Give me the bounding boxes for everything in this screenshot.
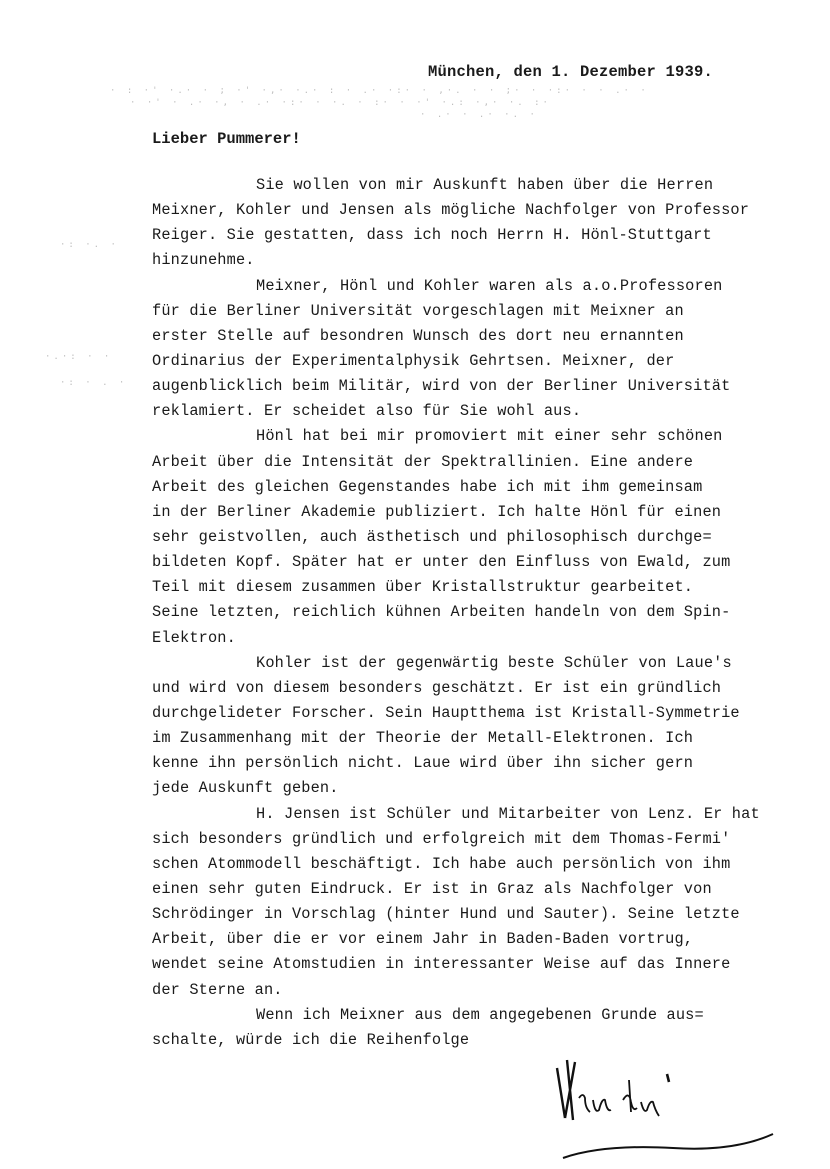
letter-line: sehr geistvollen, auch ästhetisch und ph… [152, 525, 812, 550]
letter-salutation: Lieber Pummerer! [152, 130, 301, 148]
letter-page: München, den 1. Dezember 1939. · : ·' ·.… [0, 0, 830, 1169]
letter-line: Arbeit, über die er vor einem Jahr in Ba… [152, 927, 812, 952]
letter-dateline: München, den 1. Dezember 1939. [428, 63, 713, 81]
letter-line: Elektron. [152, 626, 812, 651]
letter-line: Ordinarius der Experimentalphysik Gehrts… [152, 349, 812, 374]
letter-line: Wenn ich Meixner aus dem angegebenen Gru… [152, 1003, 812, 1028]
letter-line: durchgelideter Forscher. Sein Hauptthema… [152, 701, 812, 726]
letter-line: Schrödinger in Vorschlag (hinter Hund un… [152, 902, 812, 927]
letter-line: Meixner, Kohler und Jensen als mögliche … [152, 198, 812, 223]
letter-line: für die Berliner Universität vorgeschlag… [152, 299, 812, 324]
letter-line: in der Berliner Akademie publiziert. Ich… [152, 500, 812, 525]
letter-line: Seine letzten, reichlich kühnen Arbeiten… [152, 600, 812, 625]
bleed-through-noise: · : ·' ·.· · ; ·' ·,· ·.· : · .· ·:· · ,… [110, 86, 649, 96]
bleed-through-noise: ·.·: · · [45, 352, 112, 362]
letter-line: H. Jensen ist Schüler und Mitarbeiter vo… [152, 802, 812, 827]
letter-line: Meixner, Hönl und Kohler waren als a.o.P… [152, 274, 812, 299]
letter-line: hinzunehme. [152, 248, 812, 273]
letter-line: Teil mit diesem zusammen über Kristallst… [152, 575, 812, 600]
letter-line: Arbeit über die Intensität der Spektrall… [152, 450, 812, 475]
letter-line: Kohler ist der gegenwärtig beste Schüler… [152, 651, 812, 676]
letter-line: bildeten Kopf. Später hat er unter den E… [152, 550, 812, 575]
letter-line: erster Stelle auf besondren Wunsch des d… [152, 324, 812, 349]
letter-line: wendet seine Atomstudien in interessante… [152, 952, 812, 977]
letter-line: im Zusammenhang mit der Theorie der Meta… [152, 726, 812, 751]
letter-line: einen sehr guten Eindruck. Er ist in Gra… [152, 877, 812, 902]
handwritten-signature [545, 1050, 785, 1160]
letter-line: augenblicklich beim Militär, wird von de… [152, 374, 812, 399]
letter-line: Sie wollen von mir Auskunft haben über d… [152, 173, 812, 198]
letter-line: schen Atommodell beschäftigt. Ich habe a… [152, 852, 812, 877]
bleed-through-noise: ·: · . · [60, 378, 127, 388]
letter-line: Hönl hat bei mir promoviert mit einer se… [152, 424, 812, 449]
bleed-through-noise: · ·' · .· ·, · .· ·:· · ·. · :· · ·' ·.:… [130, 98, 551, 108]
letter-line: der Sterne an. [152, 978, 812, 1003]
letter-line: kenne ihn persönlich nicht. Laue wird üb… [152, 751, 812, 776]
bleed-through-noise: ·: ·. · [60, 240, 119, 250]
letter-line: jede Auskunft geben. [152, 776, 812, 801]
bleed-through-noise: · .· · .· ·. · [420, 110, 538, 120]
letter-line: sich besonders gründlich und erfolgreich… [152, 827, 812, 852]
letter-line: reklamiert. Er scheidet also für Sie woh… [152, 399, 812, 424]
letter-body: Sie wollen von mir Auskunft haben über d… [152, 173, 812, 1053]
letter-line: und wird von diesem besonders geschätzt.… [152, 676, 812, 701]
letter-line: Arbeit des gleichen Gegenstandes habe ic… [152, 475, 812, 500]
letter-line: Reiger. Sie gestatten, dass ich noch Her… [152, 223, 812, 248]
